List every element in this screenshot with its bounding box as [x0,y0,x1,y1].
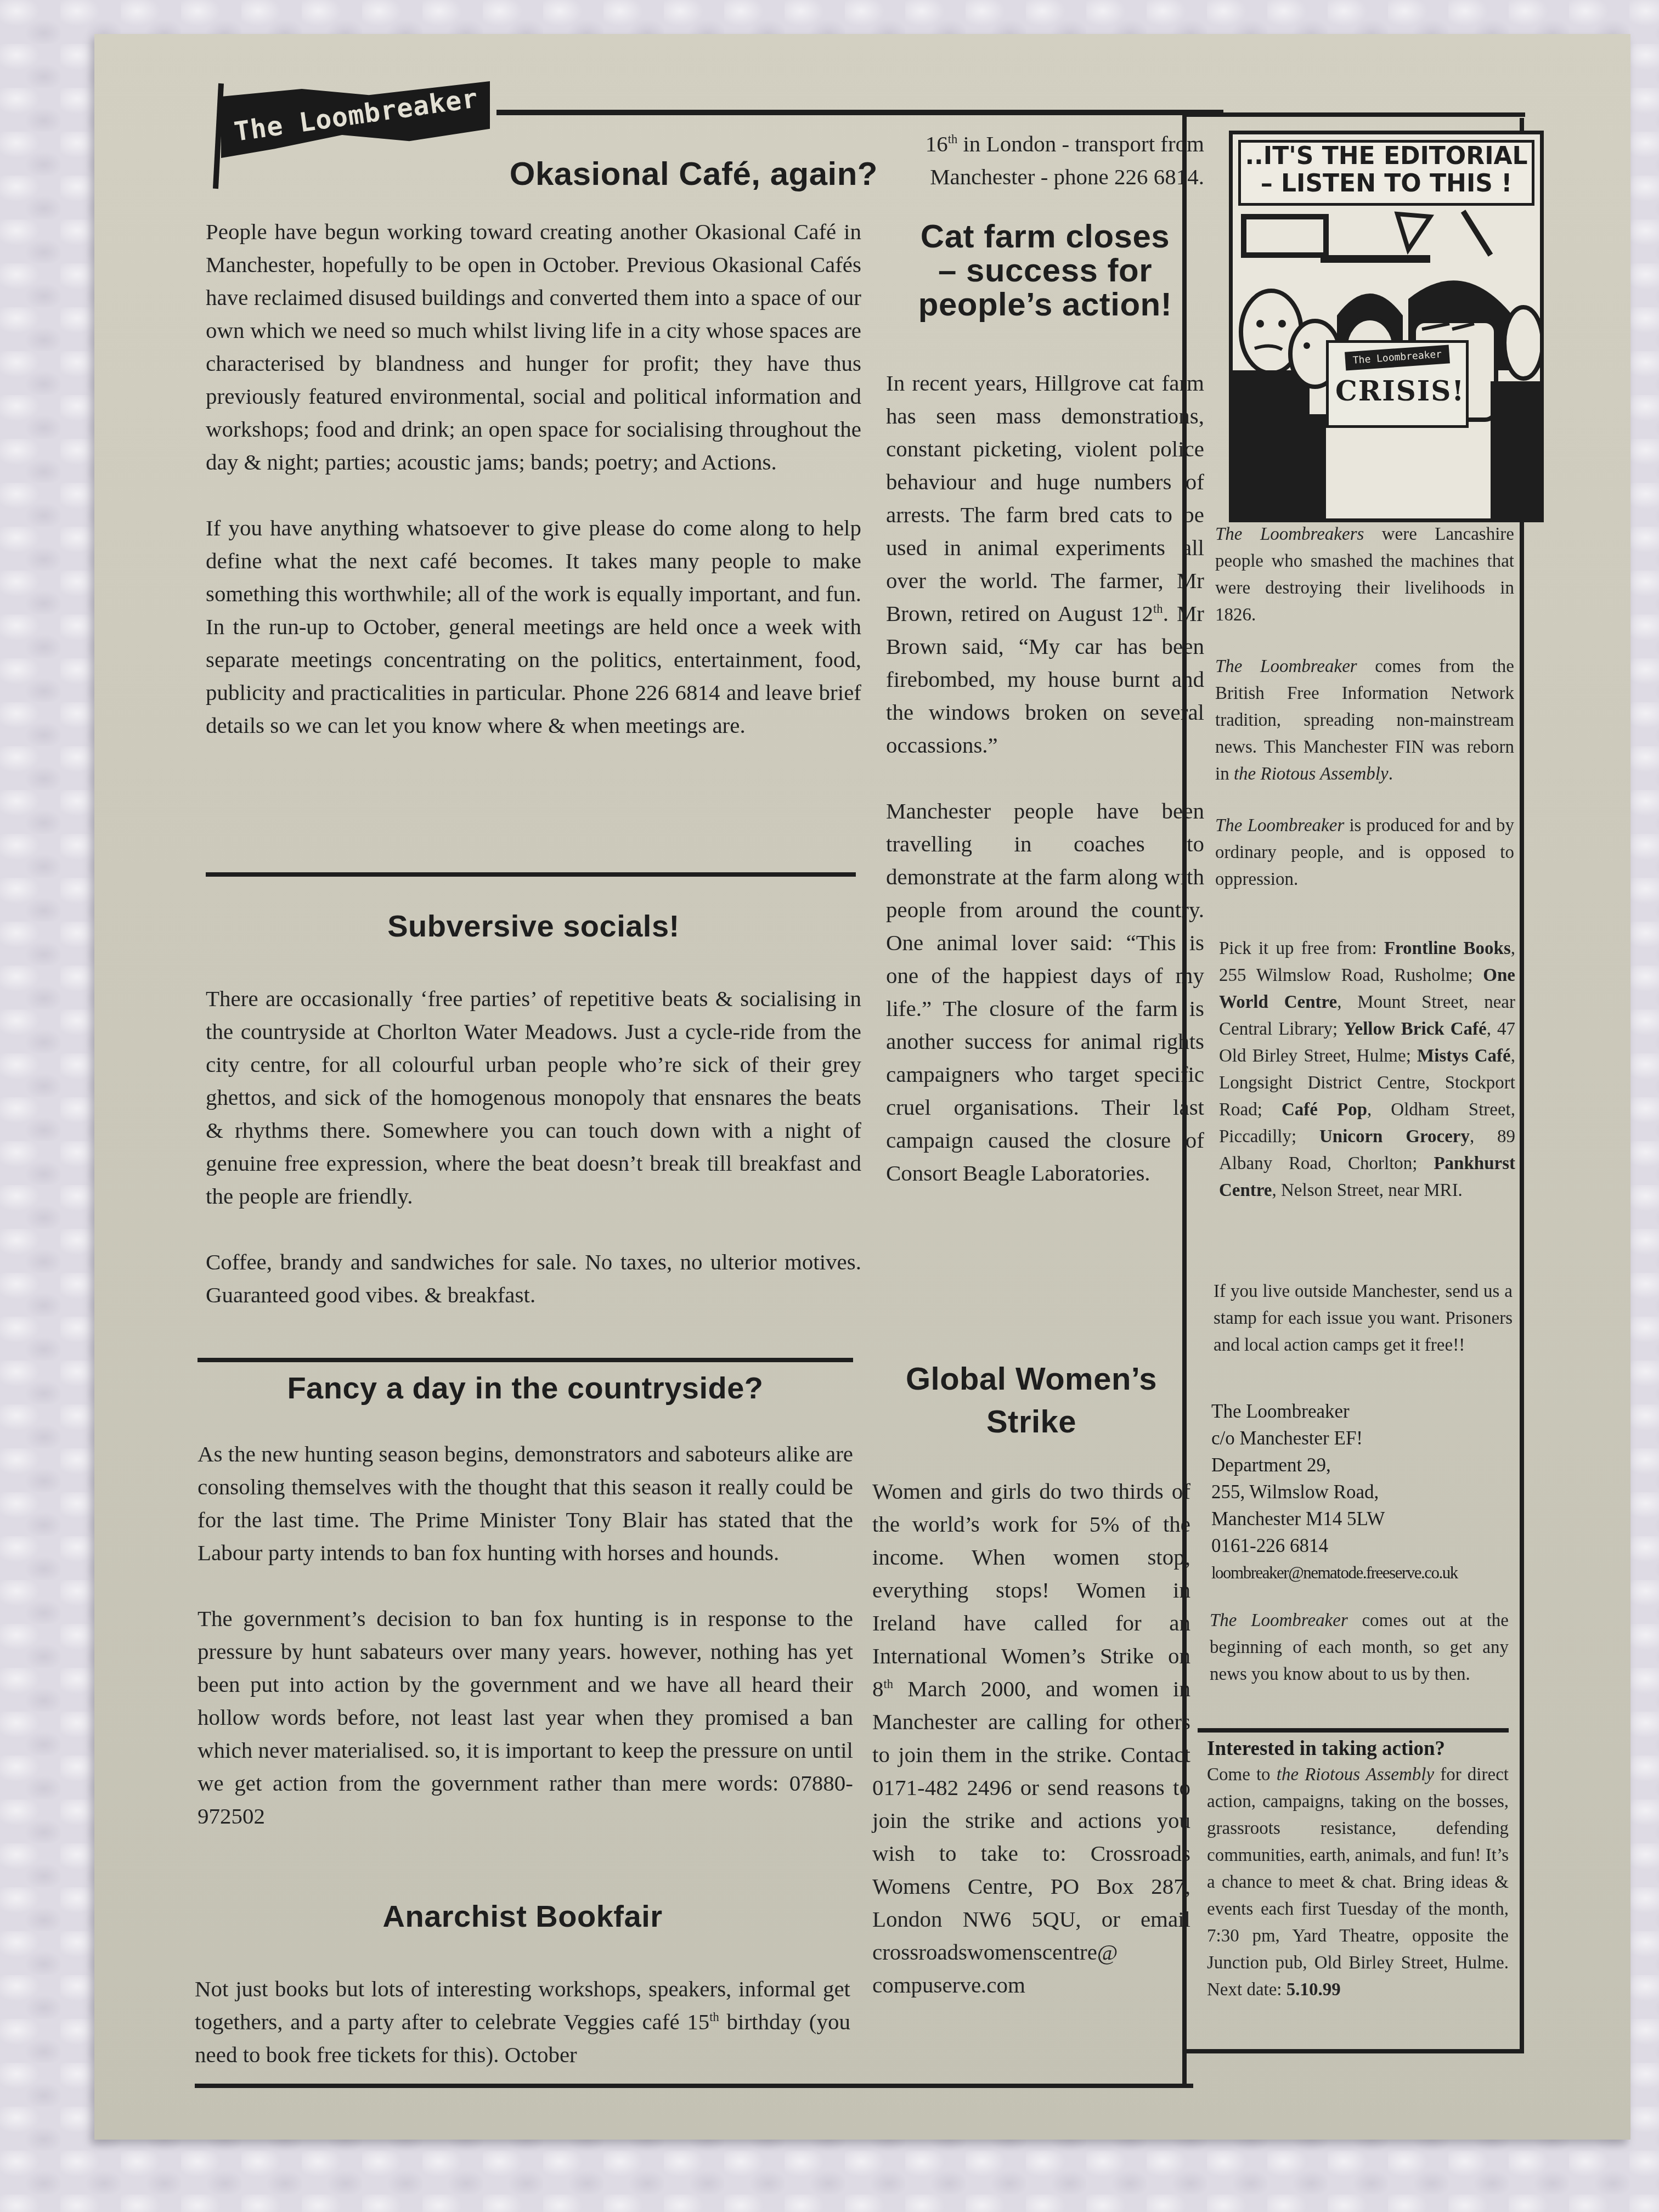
ordinal-suffix: th [884,1677,894,1691]
ordinal-suffix: th [709,2010,719,2024]
article-paragraph: The government’s decision to ban fox hun… [198,1602,853,1832]
headline-line: people’s action! [886,287,1204,321]
address-line: 255, Wilmslow Road, [1211,1479,1519,1505]
cat-farm-text: In recent years, Hillgrove cat farm has … [886,370,1204,626]
headline-okasional-cafe: Okasional Café, again? [417,155,878,193]
bookfair-continued-text: in London - transport from Manchester - … [930,131,1204,189]
article-paragraph: In recent years, Hillgrove cat farm has … [886,366,1204,761]
article-okasional-cafe: People have begun working toward creatin… [206,215,861,742]
address-line: c/o Manchester EF! [1211,1425,1519,1452]
article-womens-strike: Women and girls do two thirds of the wor… [872,1475,1190,2001]
article-subversive-socials: There are occasionally ‘free parties’ of… [206,982,861,1311]
take-action-text: Come to the Riotous Assembly for direct … [1207,1762,1509,2004]
sidebar-pickup-locations: Pick it up free from: Frontline Books, 2… [1219,935,1515,1204]
section-divider [206,872,856,877]
address-line: The Loombreaker [1211,1398,1519,1425]
strike-text-end: March 2000, and women in Manchester are … [872,1676,1190,1997]
sidebar-publication-schedule: The Loombreaker comes out at the beginni… [1210,1607,1509,1688]
headline-subversive-socials: Subversive socials! [206,908,861,944]
article-paragraph: People have begun working toward creatin… [206,215,861,478]
sidebar-outside-manchester: If you live outside Manchester, send us … [1214,1278,1513,1359]
take-action-heading: Interested in taking action? [1207,1736,1509,1762]
publication-name: The Loombreaker [1215,657,1357,676]
article-paragraph: As the new hunting season begins, demons… [198,1437,853,1569]
about-paragraph: The Loombreaker comes from the British F… [1215,653,1514,788]
sidebar-contact-address: The Loombreaker c/o Manchester EF! Depar… [1211,1398,1519,1586]
headline-countryside: Fancy a day in the countryside? [198,1370,853,1406]
headline-womens-strike: Global Women’s Strike [872,1358,1190,1443]
pickup-intro: Pick it up free from: [1219,939,1384,958]
ordinal-suffix: th [1153,602,1163,616]
location-name: Mistys Café [1417,1046,1511,1066]
article-cat-farm: In recent years, Hillgrove cat farm has … [886,366,1204,1189]
editorial-cartoon: ..IT'S THE EDITORIAL – LISTEN TO THIS ! [1229,131,1544,522]
next-meeting-date: 5.10.99 [1286,1980,1341,2000]
group-name: the Riotous Assembly [1277,1765,1434,1785]
article-paragraph: Coffee, brandy and sandwiches for sale. … [206,1245,861,1311]
section-divider [198,1358,853,1362]
address-line: Manchester M14 5LW [1211,1505,1519,1532]
article-paragraph: If you have anything whatsoever to give … [206,511,861,742]
group-name: the Riotous Assembly [1234,764,1389,784]
caption-line: ..IT'S THE EDITORIAL [1241,143,1532,170]
location-name: Café Pop [1282,1100,1367,1120]
bottom-rule [195,2084,1193,2088]
newspaper-headline: CRISIS! [1335,375,1465,407]
cartoon-caption: ..IT'S THE EDITORIAL – LISTEN TO THIS ! [1238,140,1534,206]
article-paragraph: There are occasionally ‘free parties’ of… [206,982,861,1212]
headline-line: Strike [872,1401,1190,1443]
article-bookfair: Not just books but lots of interesting w… [195,1972,850,2071]
about-paragraph: The Loombreaker is produced for and by o… [1215,812,1514,893]
email-link[interactable]: loombreaker@nematode.freeserve.co.uk [1211,1559,1519,1586]
strike-text: Women and girls do two thirds of the wor… [872,1479,1190,1701]
newspaper-prop: The Loombreaker CRISIS! [1326,340,1469,428]
action-text: Come to [1207,1765,1277,1785]
publication-name: The Loombreakers [1215,524,1364,544]
bookfair-date: 16 [926,131,948,156]
sidebar-top-rule [1182,112,1525,117]
headline-line: – success for [886,253,1204,287]
sidebar-divider [1198,1728,1509,1733]
masthead-rule [496,110,1223,115]
location-name: Unicorn Grocery [1319,1127,1470,1147]
location-name: Frontline Books [1384,939,1511,958]
headline-anarchist-bookfair: Anarchist Bookfair [195,1898,850,1934]
newspaper-masthead: The Loombreaker [1345,345,1450,370]
article-paragraph: Manchester people have been travelling i… [886,794,1204,1189]
about-paragraph: The Loombreakers were Lancashire people … [1215,521,1514,629]
location-address: , Nelson Street, near MRI. [1272,1181,1463,1200]
headline-line: Global Women’s [872,1358,1190,1401]
action-text: for direct action, campaigns, taking on … [1207,1765,1509,2000]
sidebar-about: The Loombreakers were Lancashire people … [1215,521,1514,893]
phone-number: 0161-226 6814 [1211,1532,1519,1559]
ordinal-suffix: th [948,132,958,146]
publication-name: The Loombreaker [1215,816,1344,836]
caption-line: – LISTEN TO THIS ! [1241,170,1532,198]
sidebar-take-action: Interested in taking action? Come to the… [1207,1736,1509,2004]
headline-cat-farm: Cat farm closes – success for people’s a… [886,219,1204,321]
about-text: . [1389,764,1393,784]
bookfair-continued: 16th in London - transport from Manchest… [886,127,1204,193]
address-line: Department 29, [1211,1452,1519,1479]
location-name: Yellow Brick Café [1344,1019,1486,1039]
headline-line: Cat farm closes [886,219,1204,253]
publication-name: The Loombreaker [1210,1611,1348,1630]
article-countryside: As the new hunting season begins, demons… [198,1437,853,1832]
